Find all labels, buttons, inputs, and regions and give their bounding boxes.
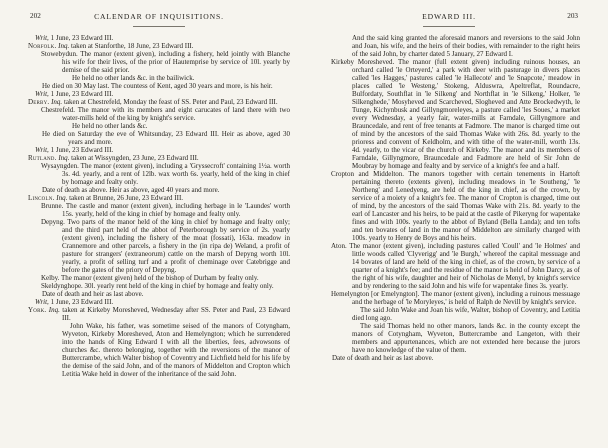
writ-date: 1 June, 23 Edward III. — [51, 298, 114, 306]
manor-entry: Aton. The manor (extent given), includin… — [318, 242, 580, 290]
inquisition-text: taken at Brunne, 26 June, 23 Edward III. — [69, 194, 183, 202]
writ-line: Writ, 1 June, 23 Edward III. — [28, 146, 290, 154]
death-heir-note: He died on 30 May last. The countess of … — [28, 82, 290, 90]
body-paragraph: The said Thomas held no other manors, la… — [318, 322, 580, 354]
writ-word: Writ, — [35, 90, 49, 98]
manor-entry: Kelby. The manor (extent given) held of … — [28, 274, 290, 282]
page-number: 202 — [30, 12, 41, 20]
inq-abbrev: Inq. — [58, 42, 69, 50]
county-label: Lincoln. — [28, 194, 55, 202]
writ-date: 1 June, 23 Edward III. — [51, 90, 114, 98]
county-inquisition-line: Norfolk. Inq. taken at Stanforthe, 18 Ju… — [28, 42, 290, 50]
writ-word: Writ, — [35, 34, 49, 42]
county-label: Rutland. — [28, 154, 57, 162]
two-page-spread: 202 CALENDAR OF INQUISITIONS. Writ, 1 Ju… — [0, 0, 608, 378]
inq-abbrev: Inq. — [56, 194, 67, 202]
death-heir-note: Date of death as above. Heir as above, a… — [28, 186, 290, 194]
page-header-left: 202 CALENDAR OF INQUISITIONS. — [28, 12, 290, 24]
writ-word: Writ, — [35, 146, 49, 154]
county-label: Derby. — [28, 98, 49, 106]
death-heir-note: He died on Saturday the eve of Whitsunda… — [28, 130, 290, 146]
manor-entry: Hemelyngton [or Emelyngton]. The manor (… — [318, 290, 580, 306]
manor-entry: Depyng. Two parts of the manor held of t… — [28, 218, 290, 274]
continuation-paragraph: And the said king granted the aforesaid … — [318, 34, 580, 58]
manor-entry: Skeldynghope. 30l. yearly rent held of t… — [28, 282, 290, 290]
page-left: 202 CALENDAR OF INQUISITIONS. Writ, 1 Ju… — [28, 12, 290, 378]
manor-entry: Wysayngden. The manor (extent given), in… — [28, 162, 290, 186]
inq-abbrev: Inq. — [51, 98, 62, 106]
manor-entry: Stowebydun. The manor (extent given), in… — [28, 50, 290, 74]
header-rule — [133, 26, 185, 27]
note-line: He held no other lands &c. in the bailiw… — [28, 74, 290, 82]
writ-word: Writ, — [35, 298, 49, 306]
running-head: EDWARD III. — [318, 12, 580, 21]
running-head: CALENDAR OF INQUISITIONS. — [28, 12, 290, 21]
county-inquisition-line: Lincoln. Inq. taken at Brunne, 26 June, … — [28, 194, 290, 202]
inq-abbrev: Inq. — [58, 154, 69, 162]
county-inquisition-line: York. Inq. taken at Kirkeby Moresheved, … — [28, 306, 290, 322]
inquisition-text: taken at Kirkeby Moresheved, Wednesday a… — [62, 306, 290, 322]
page-number: 203 — [567, 12, 578, 20]
page-text-right: And the said king granted the aforesaid … — [318, 34, 580, 362]
county-label: York. — [28, 306, 46, 314]
death-heir-note: Date of death and heir as last above. — [28, 290, 290, 298]
note-line: He held no other lands &c. — [28, 122, 290, 130]
body-paragraph: John Wake, his father, was sometime seis… — [28, 322, 290, 378]
manor-entry: Brunne. The castle and manor (extent giv… — [28, 202, 290, 218]
manor-entry: Kirkeby Moresheved. The manor (full exte… — [318, 58, 580, 170]
header-rule — [423, 26, 475, 27]
manor-entry: Chestrefeld. The manor with its members … — [28, 106, 290, 122]
inquisition-text: taken at Stanforthe, 18 June, 23 Edward … — [71, 42, 193, 50]
manor-entry: Cropton and Middelton. The manors togeth… — [318, 170, 580, 242]
inquisition-text: taken at Wissyngden, 23 June, 23 Edward … — [71, 154, 199, 162]
writ-line: Writ, 1 June, 23 Edward III. — [28, 298, 290, 306]
writ-date: 1 June, 23 Edward III. — [51, 34, 114, 42]
book-spread-scan: 202 CALENDAR OF INQUISITIONS. Writ, 1 Ju… — [0, 0, 608, 448]
body-paragraph: The said John Wake and Joan his wife, Wa… — [318, 306, 580, 322]
page-right: 203 EDWARD III. And the said king grante… — [318, 12, 580, 378]
inq-abbrev: Inq. — [49, 306, 60, 314]
county-inquisition-line: Derby. Inq. taken at Chestrefeld, Monday… — [28, 98, 290, 106]
page-header-right: 203 EDWARD III. — [318, 12, 580, 24]
writ-line: Writ, 1 June, 23 Edward III. — [28, 90, 290, 98]
writ-line: Writ, 1 June, 23 Edward III. — [28, 34, 290, 42]
writ-date: 1 June, 23 Edward III. — [51, 146, 114, 154]
county-inquisition-line: Rutland. Inq. taken at Wissyngden, 23 Ju… — [28, 154, 290, 162]
county-label: Norfolk. — [28, 42, 56, 50]
inquisition-text: taken at Chestrefeld, Monday the feast o… — [64, 98, 278, 106]
page-text-left: Writ, 1 June, 23 Edward III. Norfolk. In… — [28, 34, 290, 378]
death-heir-note: Date of death and heir as last above. — [318, 354, 580, 362]
